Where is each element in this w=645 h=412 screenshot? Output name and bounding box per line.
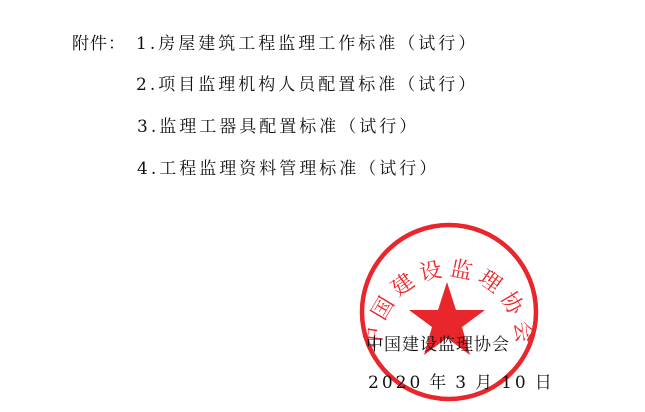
attachment-item-1: 1.房屋建筑工程监理工作标准（试行） (136, 33, 478, 55)
date-month-unit: 月 (475, 373, 495, 393)
attachment-number: 1. (136, 34, 158, 54)
date-year: 2020 (368, 373, 423, 393)
attachment-title: 项目监理机构人员配置标准（试行） (158, 75, 478, 95)
attachment-title: 房屋建筑工程监理工作标准（试行） (158, 34, 478, 54)
attachment-item-4: 4.工程监理资料管理标准（试行） (137, 158, 439, 180)
attachments-label: 附件： (72, 33, 126, 55)
date-year-unit: 年 (429, 373, 449, 393)
date-day-unit: 日 (535, 373, 555, 393)
date-month: 3 (455, 373, 469, 393)
attachment-item-2: 2.项目监理机构人员配置标准（试行） (136, 74, 478, 96)
attachments-section: 附件： 1.房屋建筑工程监理工作标准（试行） 2.项目监理机构人员配置标准（试行… (0, 0, 645, 200)
attachment-number: 2. (136, 75, 158, 95)
date-day: 10 (501, 373, 529, 393)
attachment-title: 监理工器具配置标准（试行） (159, 117, 419, 137)
attachment-number: 4. (137, 159, 159, 179)
attachment-item-3: 3.监理工器具配置标准（试行） (137, 116, 419, 138)
attachment-title: 工程监理资料管理标准（试行） (159, 159, 439, 179)
document-date: 2020年3月10日 (368, 372, 561, 394)
signature-organization: 中国建设监理协会 (366, 334, 510, 356)
attachment-number: 3. (137, 117, 159, 137)
